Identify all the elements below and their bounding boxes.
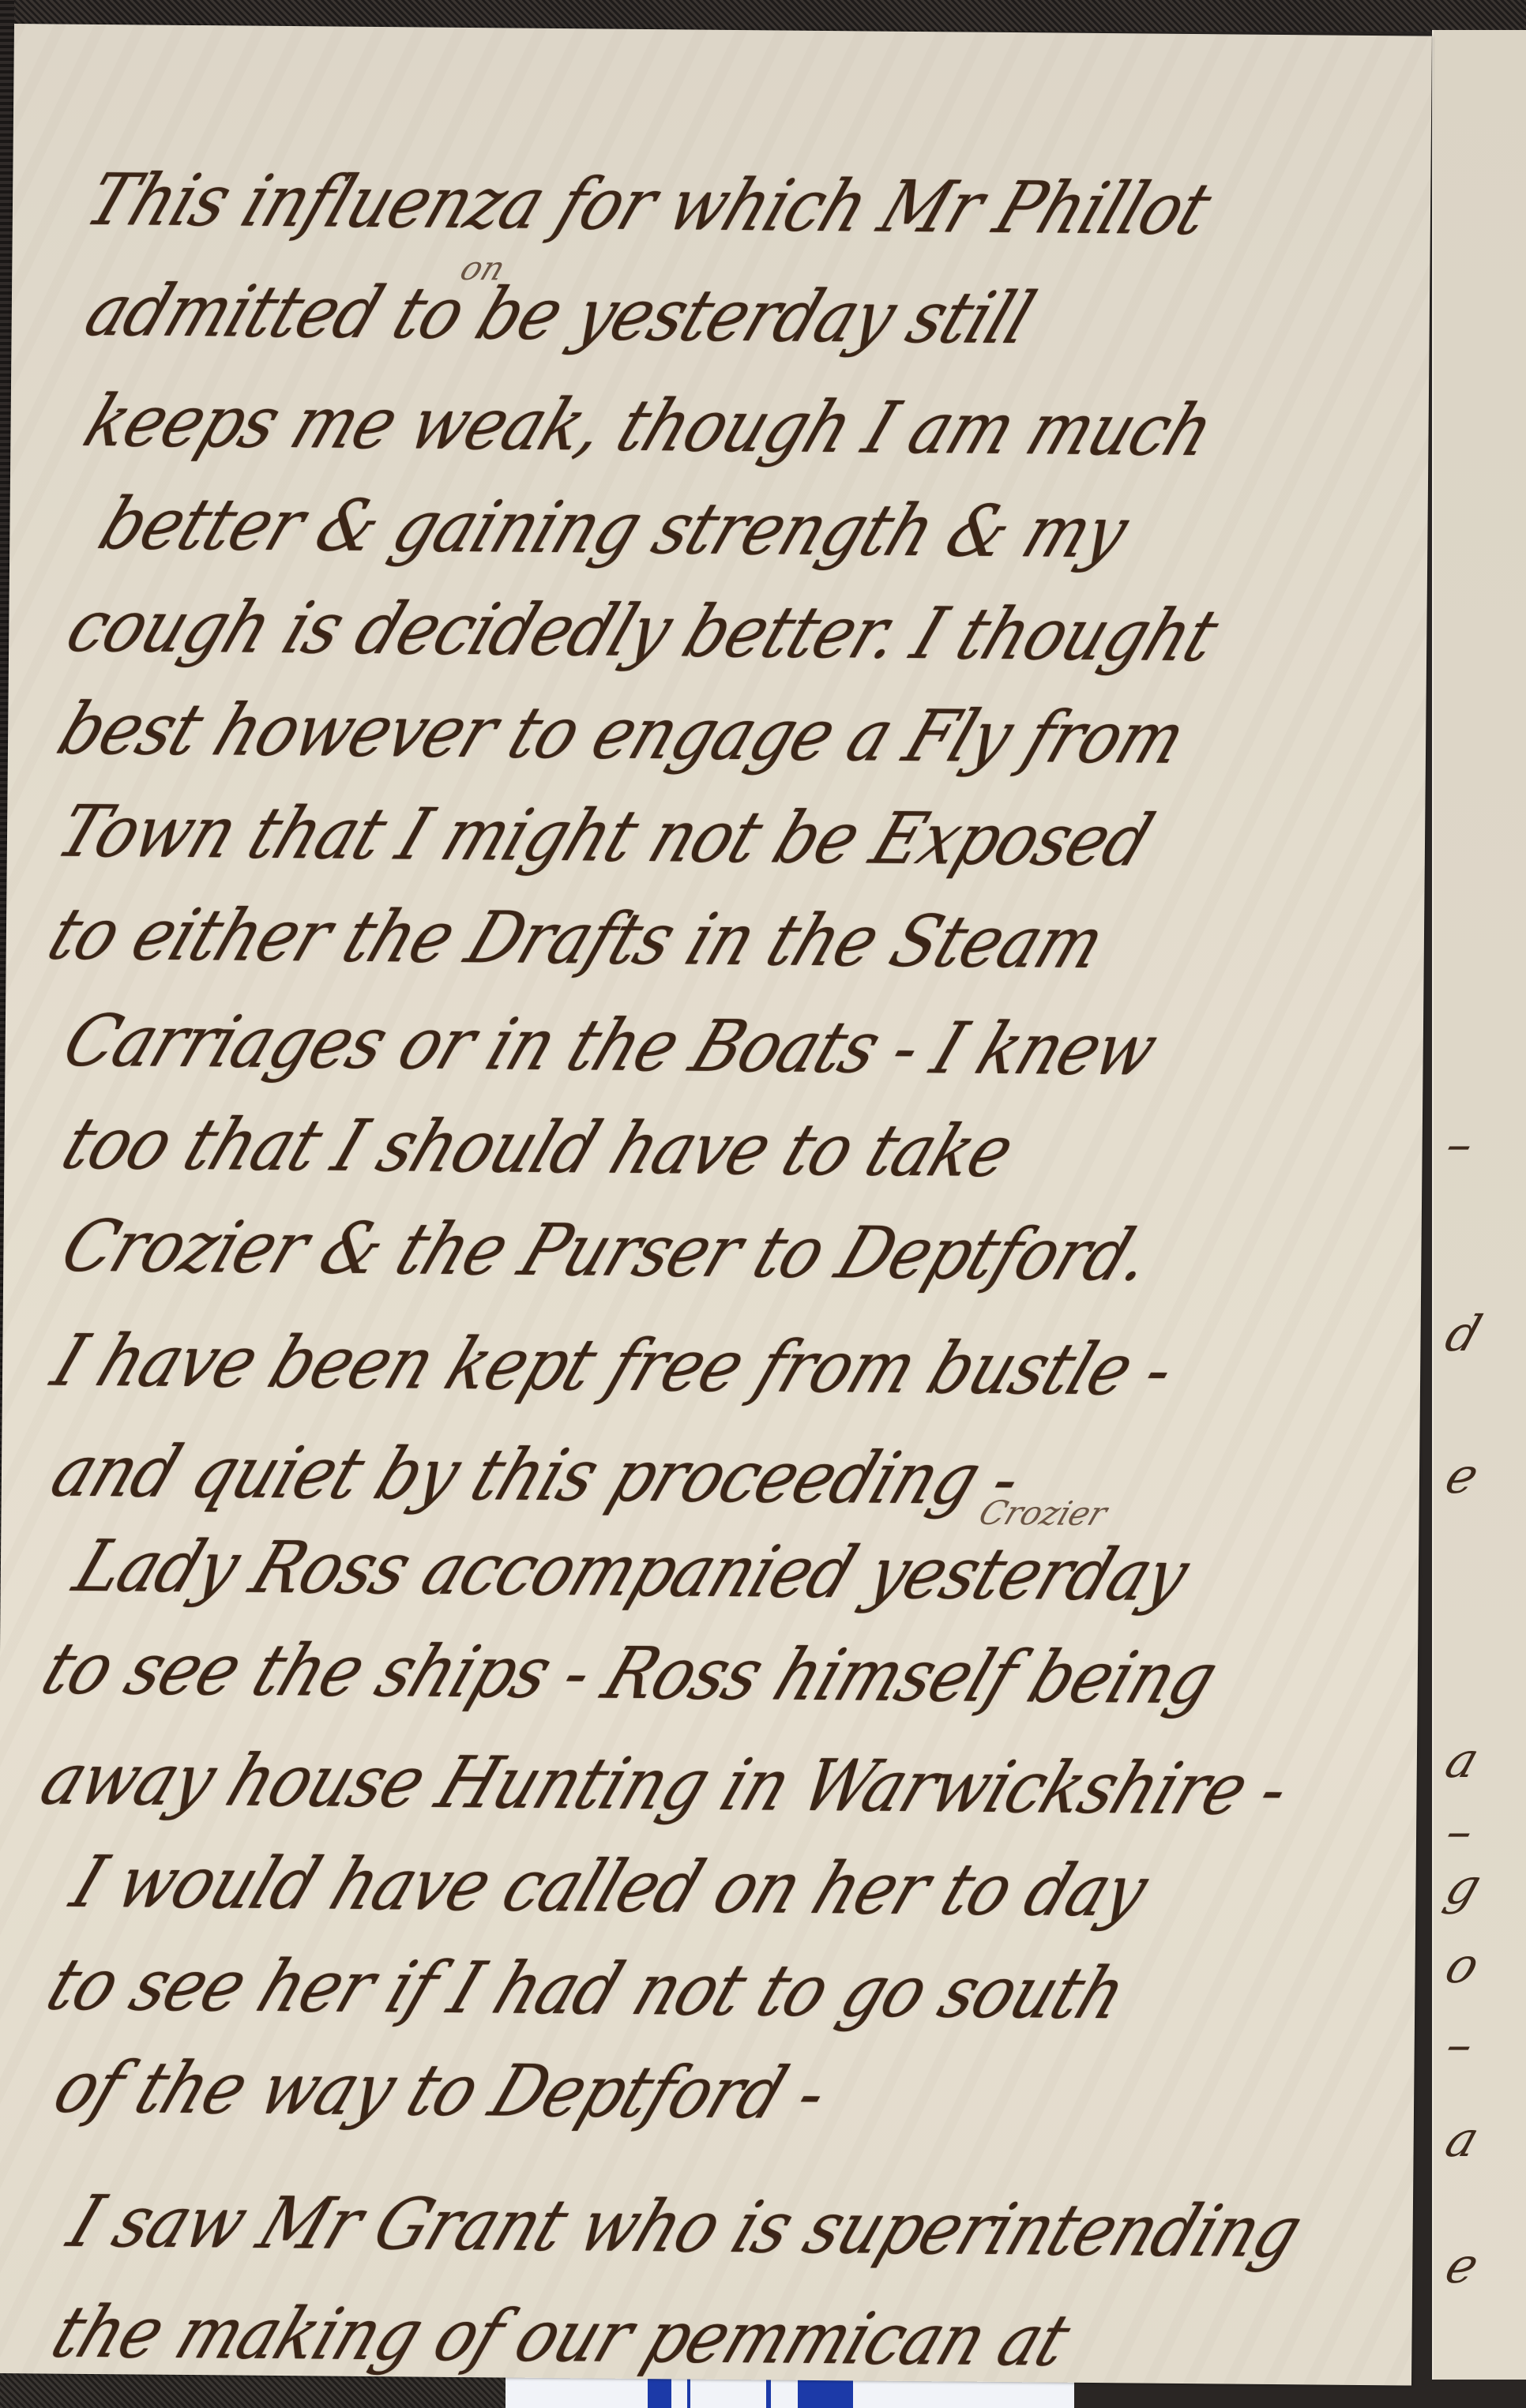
letter-line: to either the Drafts in the Steam — [37, 893, 1114, 985]
letter-line: of the way to Deptford - — [43, 2046, 838, 2136]
letter-line: I saw Mr Grant who is superintending — [58, 2181, 1312, 2274]
letter-line: Carriages or in the Boats - I knew — [52, 1000, 1167, 1091]
letter-line: I have been kept free from bustle - — [42, 1320, 1185, 1411]
adjacent-page-edge: d – e a – g o – a e — [1432, 30, 1526, 2380]
letter-line: the making of our pemmican at — [41, 2291, 1081, 2382]
letter-line: too that I should have to take — [51, 1103, 1024, 1193]
letter-line: away house Hunting in Warwickshire - — [30, 1738, 1300, 1831]
page-fragment: a — [1440, 2115, 1485, 2164]
letter-line: I would have called on her to day — [61, 1841, 1158, 1933]
letter-line: Lady Ross accompanied yesterday — [64, 1525, 1200, 1617]
letter-line: keeps me weak, though I am much — [73, 381, 1224, 473]
page-fragment: a — [1440, 1736, 1485, 1785]
letter-line: Town that I might not be Exposed — [47, 791, 1163, 882]
letter-line: Crozier & the Purser to Deptford. — [51, 1205, 1163, 1297]
page-fragment: o — [1440, 1941, 1485, 1990]
letter-line: to see the ships - Ross himself being — [31, 1628, 1227, 1720]
letter-page: This influenza for which Mr Phillot on a… — [0, 24, 1432, 2386]
page-fragment: g — [1440, 1862, 1487, 1911]
letter-line: better & gaining strength & my — [88, 483, 1139, 574]
letter-line: best however to engage a Fly from — [47, 688, 1196, 780]
page-fragment: e — [1440, 2241, 1485, 2290]
page-fragment: – — [1440, 2020, 1480, 2069]
letter-line: cough is decidedly better. I thought — [56, 585, 1228, 678]
letter-body: This influenza for which Mr Phillot on a… — [45, 142, 1435, 154]
letter-line: This influenza for which Mr Phillot — [76, 160, 1222, 251]
interlinear-insertion: Crozier — [973, 1493, 1112, 1533]
letter-line: to see her if I had not to go south — [36, 1944, 1137, 2035]
page-fragment: – — [1440, 1120, 1480, 1169]
page-fragment: e — [1440, 1452, 1485, 1501]
letter-line: and quiet by this proceeding - — [41, 1430, 1032, 1521]
page-fragment: – — [1440, 1807, 1480, 1856]
page-fragment: d — [1440, 1309, 1487, 1358]
letter-line: admitted to be yesterday still — [74, 270, 1044, 361]
